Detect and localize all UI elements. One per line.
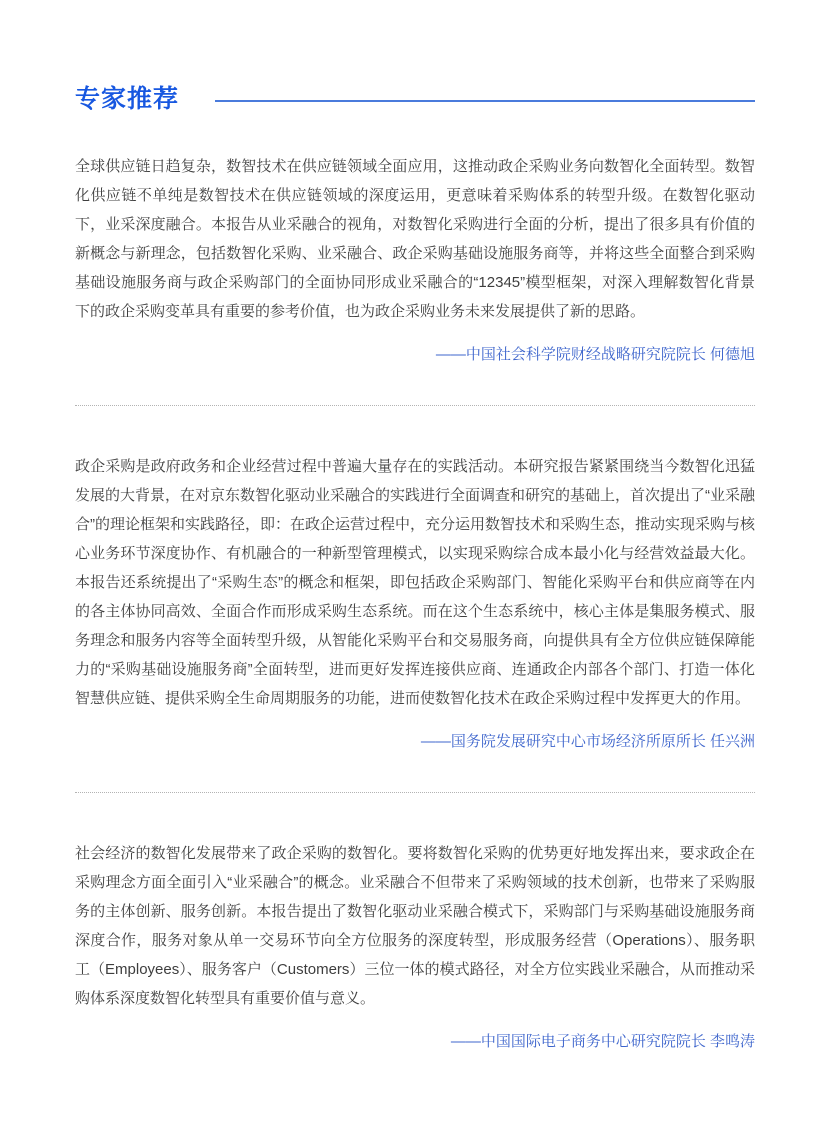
dotted-divider <box>75 792 755 793</box>
page-title: 专家推荐 <box>75 86 179 112</box>
dotted-divider <box>75 405 755 406</box>
testimonial-attribution: ——国务院发展研究中心市场经济所原所长 任兴洲 <box>75 727 755 756</box>
testimonial-block-2: 政企采购是政府政务和企业经营过程中普遍大量存在的实践活动。本研究报告紧紧围绕当今… <box>75 452 755 756</box>
heading-rule-line <box>215 100 755 102</box>
page-content: 专家推荐 全球供应链日趋复杂，数智技术在供应链领域全面应用，这推动政企采购业务向… <box>75 86 755 1056</box>
testimonial-block-3: 社会经济的数智化发展带来了政企采购的数智化。要将数智化采购的优势更好地发挥出来，… <box>75 839 755 1056</box>
testimonial-text: 政企采购是政府政务和企业经营过程中普遍大量存在的实践活动。本研究报告紧紧围绕当今… <box>75 452 755 713</box>
testimonial-block-1: 全球供应链日趋复杂，数智技术在供应链领域全面应用，这推动政企采购业务向数智化全面… <box>75 152 755 369</box>
section-heading-row: 专家推荐 <box>75 86 755 112</box>
document-page: 专家推荐 全球供应链日趋复杂，数智技术在供应链领域全面应用，这推动政企采购业务向… <box>0 0 826 1122</box>
testimonial-text: 全球供应链日趋复杂，数智技术在供应链领域全面应用，这推动政企采购业务向数智化全面… <box>75 152 755 326</box>
testimonial-attribution: ——中国国际电子商务中心研究院院长 李鸣涛 <box>75 1027 755 1056</box>
testimonial-attribution: ——中国社会科学院财经战略研究院院长 何德旭 <box>75 340 755 369</box>
testimonial-text: 社会经济的数智化发展带来了政企采购的数智化。要将数智化采购的优势更好地发挥出来，… <box>75 839 755 1013</box>
